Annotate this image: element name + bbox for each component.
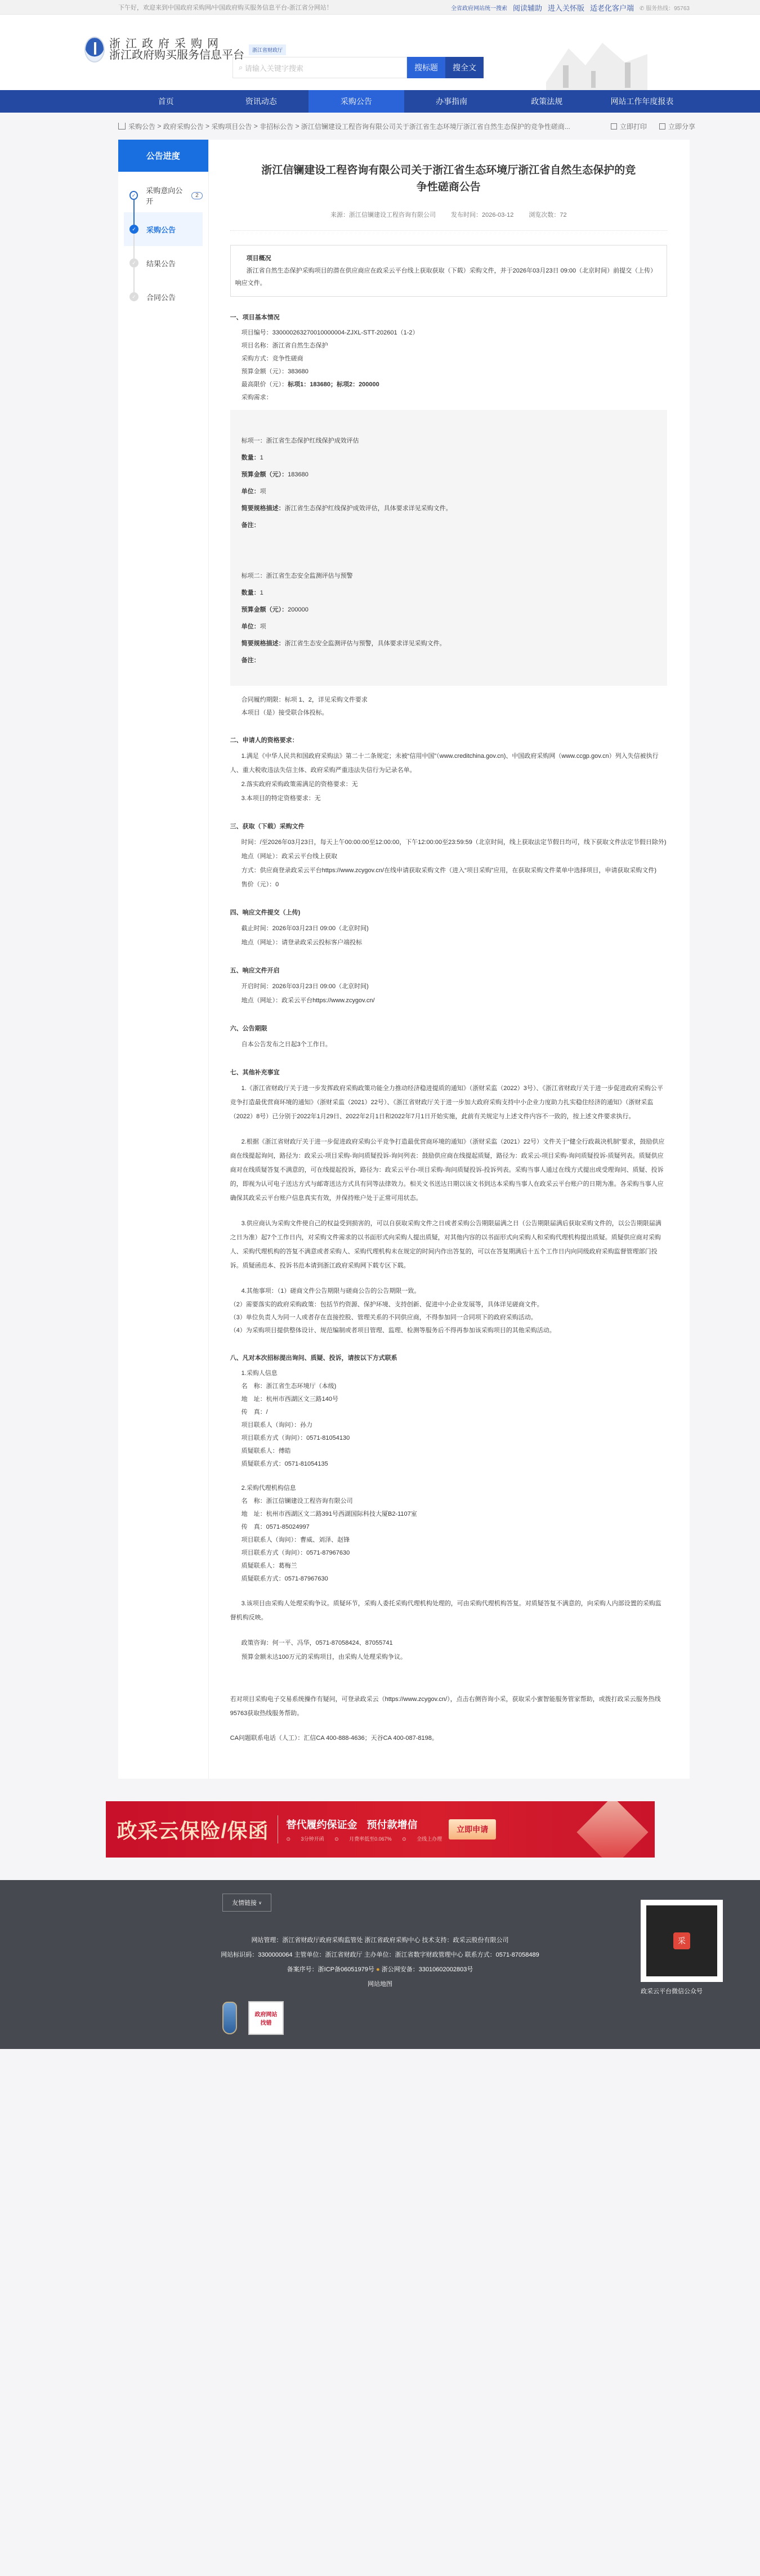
elderly-client-link[interactable]: 适老化客户端 — [590, 2, 634, 13]
breadcrumb-item[interactable]: 采购项目公告 — [211, 122, 252, 131]
share-button[interactable]: 立即分享 — [659, 122, 695, 131]
check-icon: ✓ — [129, 191, 138, 200]
section-notice-period: 六、公告期限 自本公告发布之日起3个工作日。 — [230, 1023, 667, 1052]
nav-procurement-notices[interactable]: 采购公告 — [309, 90, 404, 113]
insurance-banner[interactable]: 政采云保险/保函 替代履约保证金 预付款增信 ⊙ 3分钟开函 ⊙ 月费率低至0.… — [106, 1801, 655, 1858]
article: 浙江信镧建设工程咨询有限公司关于浙江省生态环境厅浙江省自然生态保护的竞争性磋商公… — [209, 140, 690, 1779]
section-contacts: 八、凡对本次招标提出询问、质疑、投诉，请按以下方式联系 1.采购人信息 名 称：… — [230, 1352, 667, 1664]
care-version-link[interactable]: 进入关怀版 — [548, 2, 584, 13]
check-icon: ✓ — [129, 258, 138, 267]
wechat-qrcode: 采 政采云平台微信公众号 — [641, 1900, 723, 1995]
check-icon: ✓ — [129, 292, 138, 301]
search-input[interactable]: ⌕ 请输入关键字搜索 — [233, 57, 407, 78]
police-badge-icon: ● — [376, 1966, 380, 1973]
print-button[interactable]: 立即打印 — [611, 122, 647, 131]
progress-line — [133, 234, 135, 258]
breadcrumb-item[interactable]: 政府采购公告 — [163, 122, 204, 131]
home-icon[interactable] — [118, 123, 126, 130]
landscape-decoration — [546, 32, 647, 90]
banner-points: ⊙ 3分钟开函 ⊙ 月费率低至0.067% ⊙ 全线上办理 — [287, 1835, 442, 1842]
progress-line — [133, 267, 135, 292]
lot-name: 标项二：浙江省生态安全监测评估与预警 — [242, 568, 656, 584]
search-title-button[interactable]: 搜标题 — [407, 57, 445, 78]
sidebar-title: 公告进度 — [118, 140, 208, 172]
breadcrumb-current: 浙江信镧建设工程咨询有限公司关于浙江省生态环境厅浙江省自然生态保护的竞争性磋商.… — [301, 122, 570, 131]
site-footer: 友情链接 ∨ 网站管理：浙江省财政厅政府采购监管处 浙江省政府采购中心 技术支持… — [0, 1880, 760, 2049]
banner-tagline: 替代履约保证金 预付款增信 — [287, 1817, 442, 1832]
breadcrumb: 采购公告 > 政府采购公告 > 采购项目公告 > 非招标公告 > 浙江信镧建设工… — [70, 113, 690, 140]
publish-time: 发布时间：2026-03-12 — [451, 212, 513, 218]
lot-name: 标项一：浙江省生态保护红线保护成效评估 — [242, 432, 656, 449]
article-meta: 来源：浙江信镧建设工程咨询有限公司 发布时间：2026-03-12 浏览次数：7… — [230, 210, 667, 231]
source: 来源：浙江信镧建设工程咨询有限公司 — [330, 212, 436, 218]
section-opening: 五、响应文件开启 开启时间：2026年03月23日 09:00（北京时间) 地点… — [230, 965, 667, 1008]
greeting-text: 下午好，欢迎来到中国政府采购网/中国政府购买服务信息平台-浙江省分网站！ — [118, 3, 333, 12]
project-summary: 项目概况 浙江省自然生态保护采购项目的潜在供应商应在政采云平台线上获取获取（下载… — [230, 245, 667, 297]
nav-guide[interactable]: 办事指南 — [404, 90, 499, 113]
progress-line — [133, 200, 135, 225]
breadcrumb-item[interactable]: 采购公告 — [128, 122, 155, 131]
zcy-logo-icon: 采 — [673, 1932, 690, 1949]
search-fulltext-button[interactable]: 搜全文 — [445, 57, 484, 78]
hotline: ✆ 服务热线：95763 — [640, 3, 690, 12]
section-basic-info: 一、项目基本情况 项目编号：330000263270010000004-ZJXL… — [230, 311, 667, 720]
view-count: 浏览次数：72 — [529, 212, 566, 218]
dept-badge: 浙江省财政厅 — [249, 44, 286, 55]
chevron-down-icon: ∨ — [258, 1900, 262, 1905]
public-institution-badge[interactable] — [222, 2002, 237, 2034]
site-header: 浙江政府采购网 浙江政府购买服务信息平台 浙江省财政厅 ⌕ 请输入关键字搜索 搜… — [0, 15, 760, 90]
sidebar-item-result-notice[interactable]: ✓ 结果公告 — [124, 246, 203, 280]
section-qualifications: 二、申请人的资格要求： 1.满足《中华人民共和国政府采购法》第二十二条规定；未被… — [230, 734, 667, 806]
page-title: 浙江信镧建设工程咨询有限公司关于浙江省生态环境厅浙江省自然生态保护的竞争性磋商公… — [230, 162, 667, 196]
friendly-links-dropdown[interactable]: 友情链接 ∨ — [222, 1894, 271, 1912]
nav-annual-report[interactable]: 网站工作年度报表 — [594, 90, 690, 113]
count-badge: 2 — [191, 192, 203, 199]
check-icon: ✓ — [129, 225, 138, 234]
emblem-icon — [84, 37, 105, 62]
sidebar-item-intent[interactable]: ✓ 采购意向公开 2 — [124, 178, 203, 212]
search-bar: ⌕ 请输入关键字搜索 搜标题 搜全文 — [233, 57, 484, 78]
banner-headline: 政采云保险/保函 — [117, 1815, 269, 1844]
sidebar-item-procurement-notice[interactable]: ✓ 采购公告 — [124, 212, 203, 246]
apply-now-button[interactable]: 立即申请 — [449, 1819, 496, 1840]
qrcode-icon — [659, 123, 665, 130]
main-nav: 首页 资讯动态 采购公告 办事指南 政策法规 网站工作年度报表 — [0, 90, 760, 113]
notice-progress-sidebar: 公告进度 ✓ 采购意向公开 2 ✓ 采购公告 ✓ 结果公告 ✓ 合同公告 — [118, 140, 209, 1779]
phone-icon: ✆ — [640, 6, 646, 12]
gift-box-illustration — [576, 1801, 648, 1858]
top-bar: 下午好，欢迎来到中国政府采购网/中国政府购买服务信息平台-浙江省分网站！ 全省政… — [0, 0, 760, 15]
sidebar-item-contract-notice[interactable]: ✓ 合同公告 — [124, 280, 203, 314]
logo-title: 浙江政府采购网 — [109, 38, 244, 50]
nav-policy[interactable]: 政策法规 — [499, 90, 594, 113]
procurement-requirements: 标项一：浙江省生态保护红线保护成效评估 数量：1 预算金额（元）：183680 … — [230, 410, 667, 686]
search-icon: ⌕ — [239, 63, 245, 72]
section-obtain-documents: 三、获取（下载）采购文件 时间：/至2026年03月23日，每天上午00:00:… — [230, 820, 667, 892]
section-other-matters: 七、其他补充事宜 1.《浙江省财政厅关于进一步发挥政府采购政策功能全力推动经济稳… — [230, 1066, 667, 1337]
printer-icon — [611, 123, 617, 130]
reading-assist-link[interactable]: 阅读辅助 — [513, 2, 542, 13]
breadcrumb-item[interactable]: 非招标公告 — [260, 122, 293, 131]
section-submission: 四、响应文件提交（上传) 截止时间：2026年03月23日 09:00（北京时间… — [230, 907, 667, 950]
gov-site-error-report-badge[interactable]: 政府网站找错 — [248, 2001, 284, 2035]
logo-subtitle: 浙江政府购买服务信息平台 — [109, 50, 244, 61]
help-note: 若对项目采购电子交易系统操作有疑问，可登录政采云（https://www.zcy… — [230, 1693, 667, 1745]
nav-news[interactable]: 资讯动态 — [213, 90, 309, 113]
unified-search-link[interactable]: 全省政府网站统一搜索 — [451, 3, 507, 12]
nav-home[interactable]: 首页 — [118, 90, 213, 113]
